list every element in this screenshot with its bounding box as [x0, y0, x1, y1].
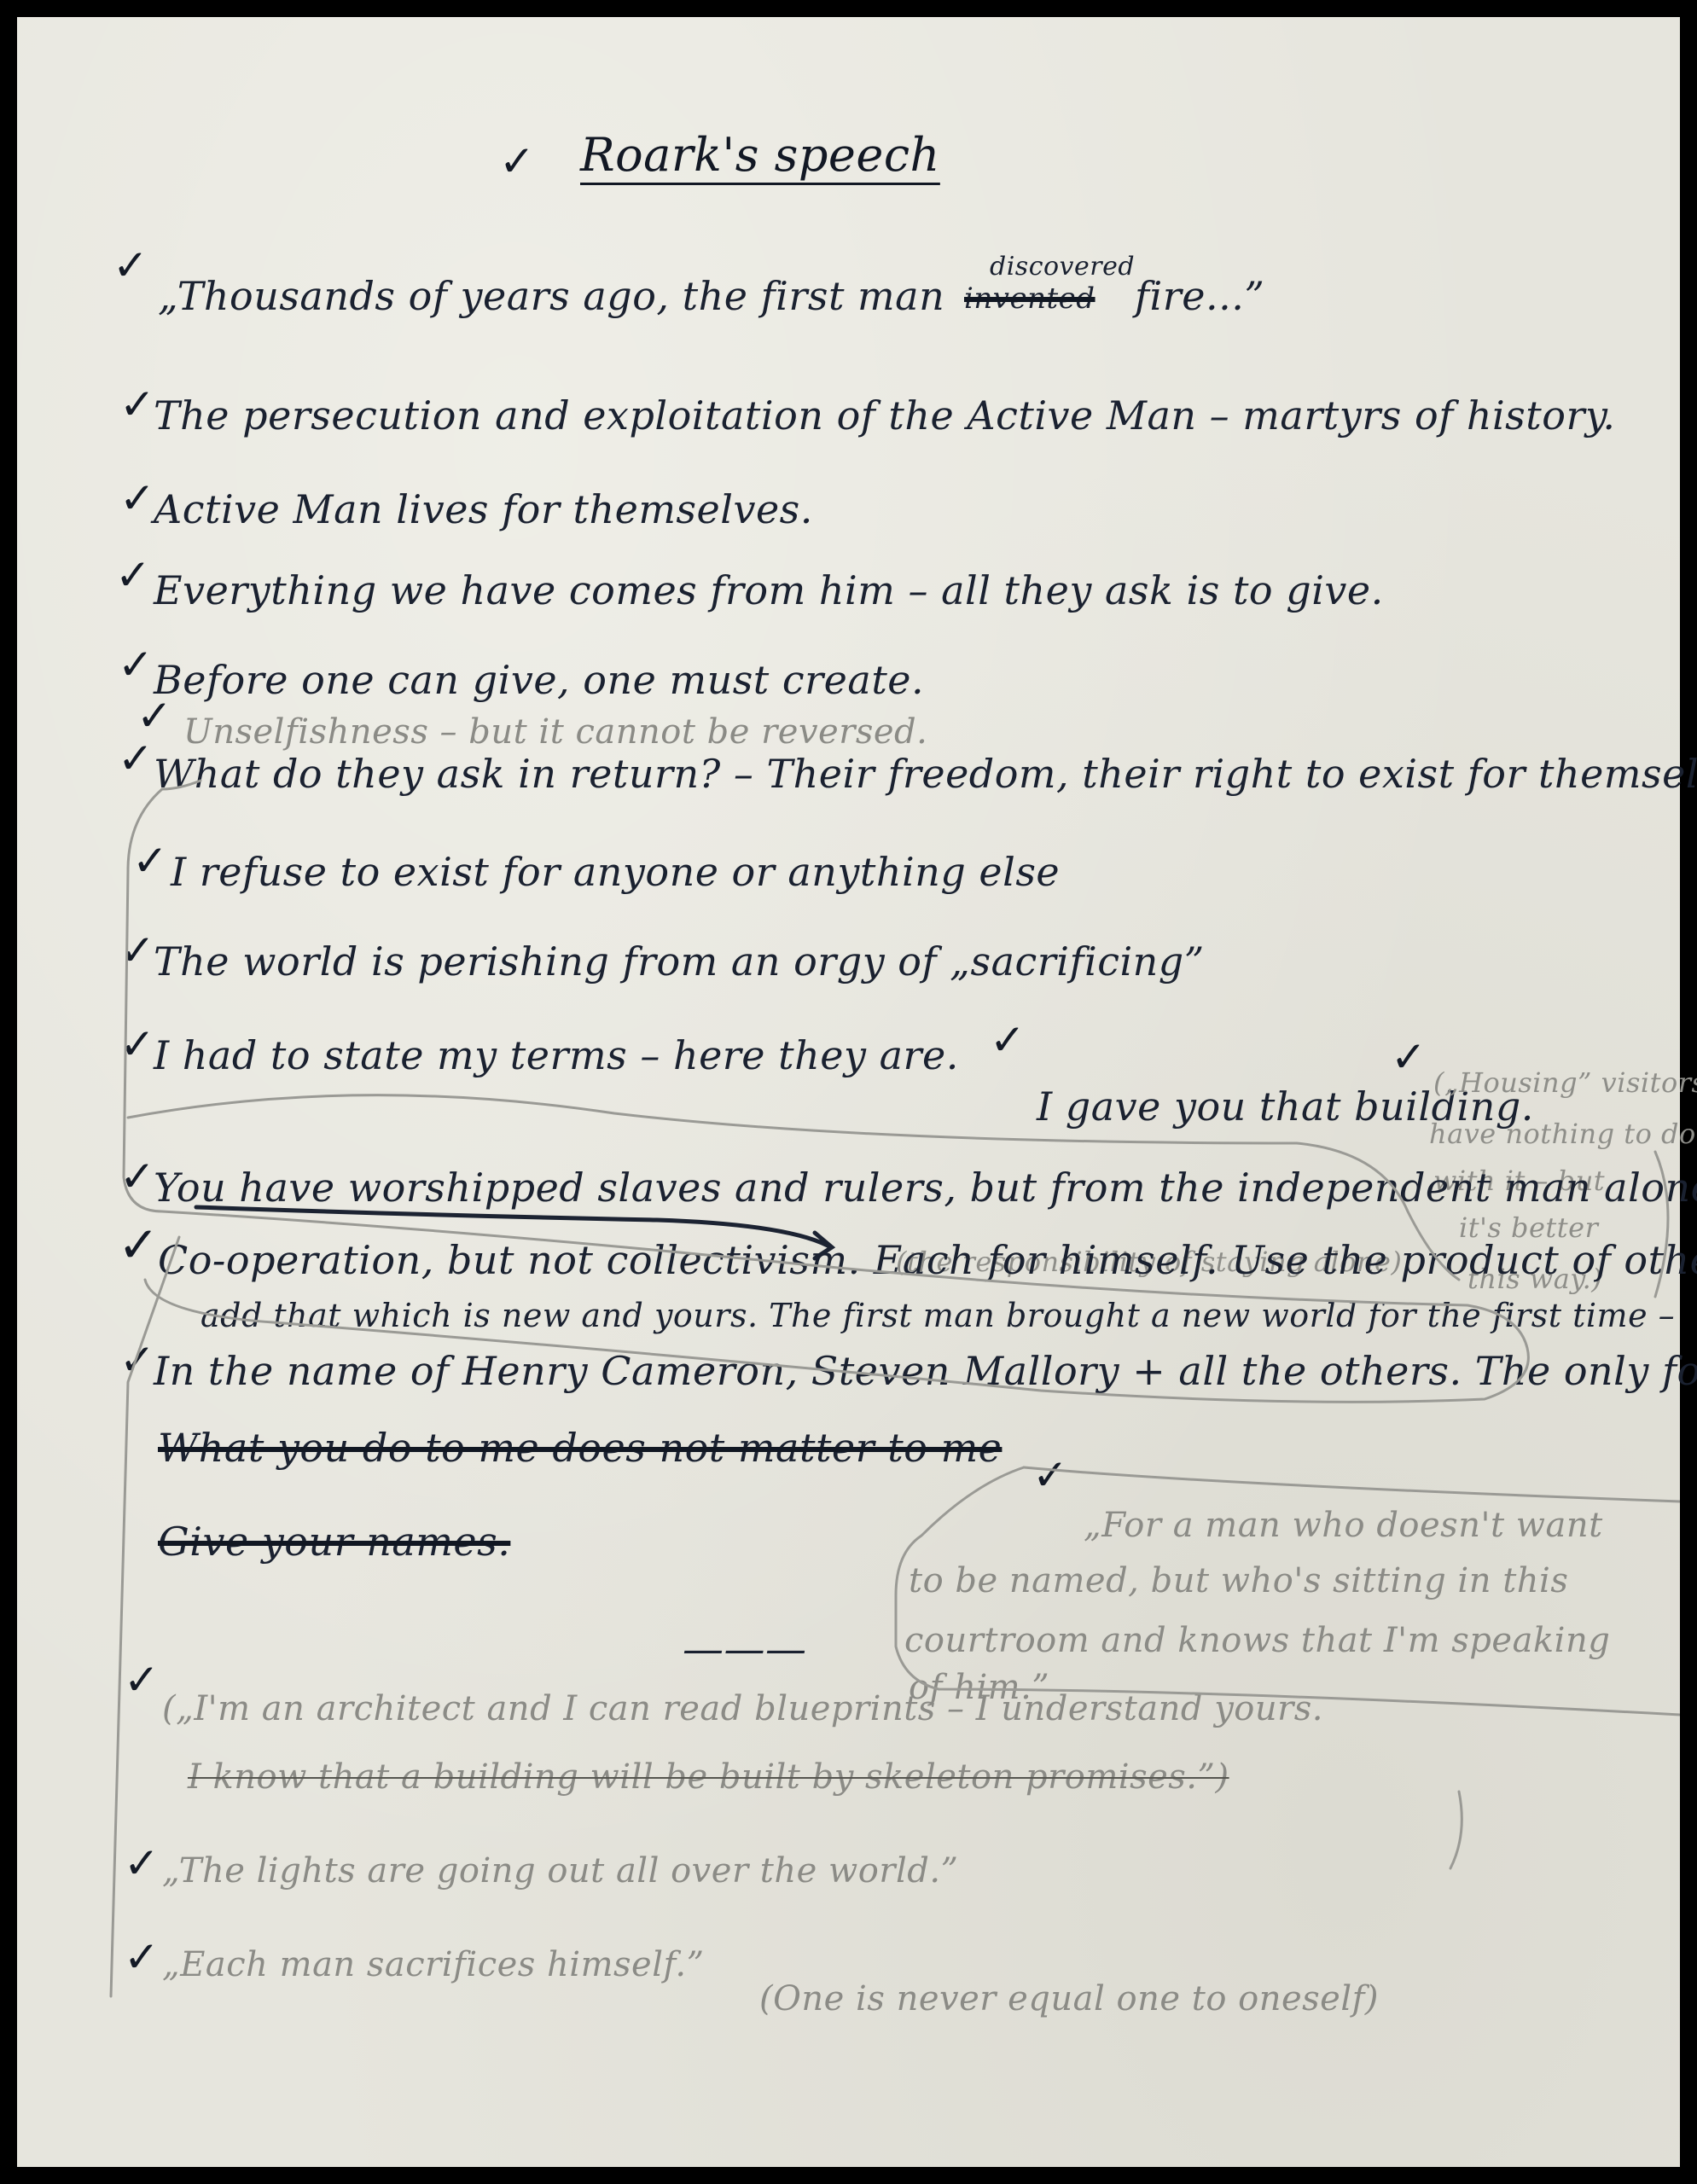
- margin-note-line: have nothing to do: [1429, 1118, 1696, 1150]
- note-line-3: Active Man lives for themselves.: [154, 486, 813, 532]
- note-line-10: I had to state my terms – here they are.: [154, 1032, 959, 1078]
- note-line-9: The world is perishing from an orgy of „…: [154, 938, 1205, 985]
- pencil-struck-line: I know that a building will be built by …: [188, 1757, 1229, 1797]
- note-line-13: add that which is new and yours. The fir…: [201, 1297, 1675, 1334]
- checkmark-icon: ✓: [119, 1152, 155, 1201]
- pencil-line-3: „Each man sacrifices himself.”: [162, 1945, 705, 1984]
- checkmark-icon: ✓: [499, 136, 535, 186]
- checkmark-icon: ✓: [124, 1655, 160, 1705]
- checkmark-icon: ✓: [132, 836, 168, 886]
- pencil-line-2: „The lights are going out all over the w…: [162, 1851, 959, 1891]
- checkmark-icon: ✓: [124, 1838, 160, 1888]
- margin-note-line: („Housing” visitors: [1433, 1066, 1697, 1099]
- checkmark-icon: ✓: [1032, 1450, 1068, 1500]
- note-line-5: Before one can give, one must create.: [154, 657, 924, 703]
- manuscript-page: ✓ Roark's speech ✓ „Thousands of years a…: [17, 17, 1680, 2167]
- man-note-line: to be named, but who's sitting in this: [909, 1561, 1568, 1600]
- page-title: Roark's speech: [580, 128, 940, 182]
- checkmark-icon: ✓: [119, 1335, 155, 1385]
- checkmark-icon: ✓: [118, 1216, 160, 1274]
- checkmark-icon: ✓: [119, 1019, 155, 1069]
- note-line-11: You have worshipped slaves and rulers, b…: [154, 1165, 1697, 1211]
- checkmark-icon: ✓: [119, 926, 155, 975]
- checkmark-icon: ✓: [119, 380, 155, 429]
- checkmark-icon: ✓: [113, 241, 148, 290]
- checkmark-icon: ✓: [1391, 1032, 1427, 1082]
- note-line-1-tail: fire...”: [1135, 273, 1264, 319]
- checkmark-icon: ✓: [118, 734, 154, 783]
- note-line-14: In the name of Henry Cameron, Steven Mal…: [154, 1348, 1697, 1394]
- struck-line: What you do to me does not matter to me: [158, 1425, 1002, 1471]
- checkmark-icon: ✓: [124, 1932, 160, 1982]
- note-line-12: Co-operation, but not collectivism. Each…: [158, 1237, 1697, 1283]
- man-note-line: „For a man who doesn't want: [1084, 1506, 1603, 1545]
- note-line-7: What do they ask in return? – Their free…: [154, 751, 1697, 797]
- struck-word: invented: [964, 282, 1095, 316]
- checkmark-icon: ✓: [118, 640, 154, 689]
- note-line-8: I refuse to exist for anyone or anything…: [171, 849, 1060, 895]
- note-line-4: Everything we have comes from him – all …: [154, 567, 1384, 613]
- insertion-above: discovered: [990, 252, 1135, 282]
- pencil-aside: (One is never equal one to oneself): [759, 1979, 1379, 2018]
- checkmark-icon: ✓: [990, 1015, 1026, 1065]
- checkmark-icon: ✓: [115, 550, 151, 600]
- note-line-2: The persecution and exploitation of the …: [154, 392, 1615, 439]
- checkmark-icon: ✓: [119, 473, 155, 523]
- note-line-1: „Thousands of years ago, the first man: [158, 273, 944, 319]
- man-note-line: courtroom and knows that I'm speaking: [904, 1621, 1610, 1660]
- struck-line: Give your names.: [158, 1519, 510, 1565]
- separator: ———: [683, 1625, 807, 1673]
- pencil-line-1: („I'm an architect and I can read bluepr…: [162, 1689, 1323, 1728]
- note-line-6: Unselfishness – but it cannot be reverse…: [183, 712, 927, 752]
